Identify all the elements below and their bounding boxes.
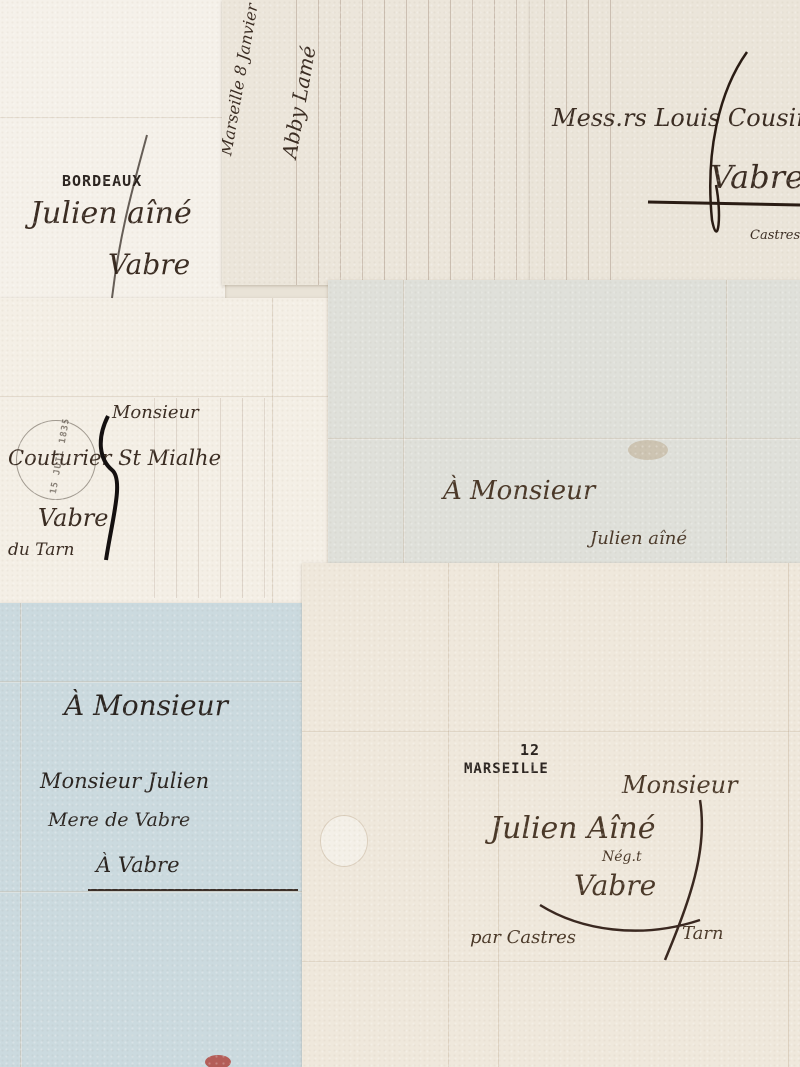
letter-marseille: 12 MARSEILLE Monsieur Julien Aîné Nég.t … [302, 563, 800, 1067]
address-line: À Monsieur [64, 689, 228, 722]
fold-line [0, 681, 305, 683]
underline-flourish [88, 889, 298, 891]
postmark-bordeaux: BORDEAUX [62, 172, 142, 190]
address-line: Castres [750, 228, 800, 243]
address-line: Couturier St Mialhe [8, 446, 221, 470]
body-text-lines [140, 398, 270, 598]
address-line: Nég.t [602, 849, 642, 865]
fold-line [788, 563, 790, 1067]
address-line: À Vabre [96, 853, 180, 877]
fold-line [302, 961, 800, 963]
letter-bordeaux: BORDEAUX Julien aîné Vabre [0, 0, 225, 300]
address-line: Julien Aîné [490, 811, 655, 846]
body-text-lines [530, 0, 625, 285]
address-line: Mere de Vabre [48, 809, 190, 831]
address-line: par Castres [470, 927, 576, 948]
letter-a-monsieur-grey: À Monsieur Julien aîné [328, 280, 800, 570]
postmark-marseille: MARSEILLE [464, 761, 549, 777]
red-wax-seal-remnant [205, 1055, 231, 1067]
address-line: Julien aîné [30, 196, 192, 231]
fold-line [20, 603, 22, 1067]
body-text-lines [282, 0, 532, 285]
address-line: Vabre [710, 158, 800, 196]
address-line: Vabre [574, 869, 656, 902]
fold-line [403, 280, 405, 570]
postmark-number: 12 [520, 741, 540, 759]
fold-line [0, 117, 225, 119]
address-line: Mess.rs Louis Cousin [552, 104, 800, 132]
letter-correspondence: Marseille 8 Janvier Abby Lamé [222, 0, 532, 285]
fold-line [0, 891, 305, 893]
wax-seal-impression [320, 815, 368, 867]
stain [628, 440, 668, 460]
fold-line [448, 563, 450, 1067]
address-line: du Tarn [8, 540, 74, 560]
letter-louis-cousin: Mess.rs Louis Cousin Vabre Castres [530, 0, 800, 285]
letter-a-monsieur-blue: À Monsieur Monsieur Julien Mere de Vabre… [0, 603, 305, 1067]
address-line: À Monsieur [443, 476, 595, 506]
address-line: Vabre [108, 248, 190, 281]
fold-line [272, 298, 274, 606]
fold-line [302, 731, 800, 733]
address-line: Vabre [38, 504, 108, 532]
letter-meillaud: 15 JUIL 1835 Monsieur Couturier St Mialh… [0, 298, 330, 606]
address-line: Monsieur Julien [40, 769, 209, 793]
address-line: Tarn [682, 923, 724, 944]
address-line: Monsieur [112, 402, 199, 423]
address-line: Monsieur [622, 771, 738, 799]
dateline: Marseille 8 Janvier [222, 2, 262, 157]
fold-line [328, 438, 800, 440]
address-line: Julien aîné [590, 528, 687, 549]
fold-line [726, 280, 728, 570]
